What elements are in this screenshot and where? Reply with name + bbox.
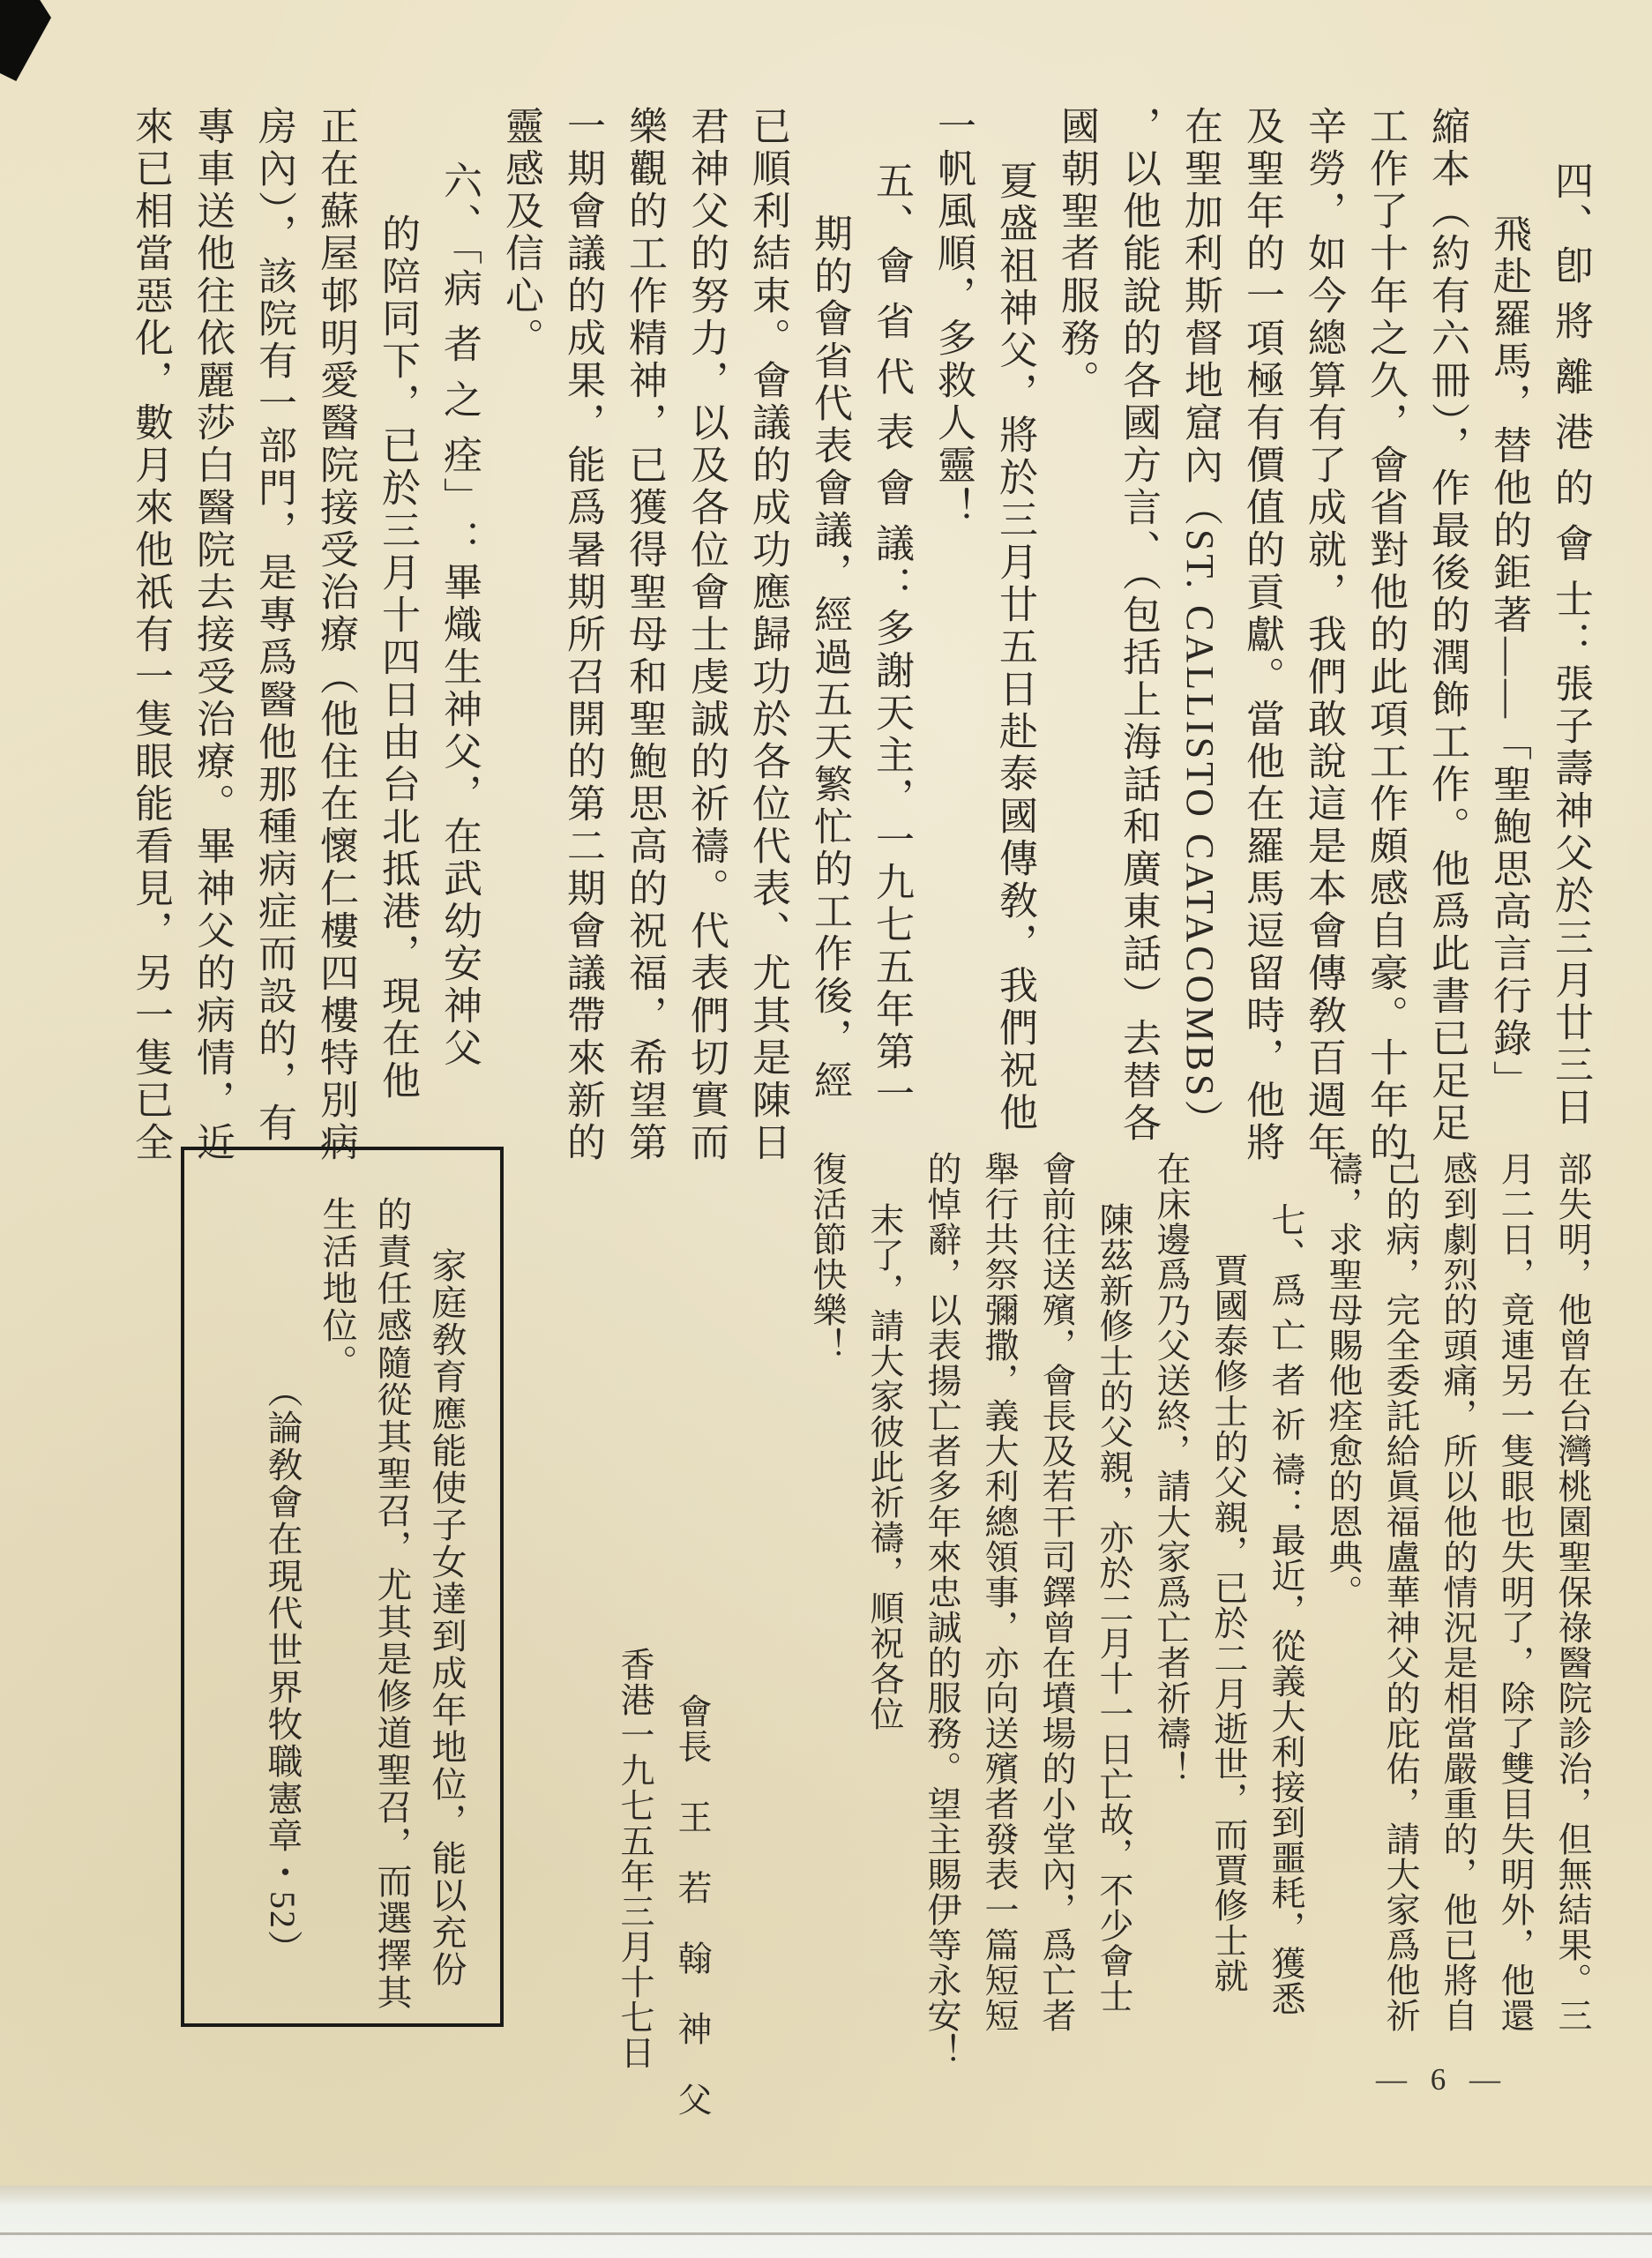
text-column: 已順利結束。會議的成功應歸功於各位代表、尤其是陳日 [736,106,798,1217]
text-column: 工作了十年之久，會省對他的此項工作頗感自豪。十年的 [1354,106,1416,1217]
text-column: 七、爲 亡 者 祈 禱：最近，從義大利接到噩耗，獲悉 [1257,1151,1314,2104]
text-column: 部失明，他曾在台灣桃園聖保祿醫院診治，但無結果。三 [1544,1151,1601,2104]
text-column: 月二日，竟連另一隻眼也失明了，除了雙目失明外，他還 [1486,1151,1544,2104]
text-column: 禱，求聖母賜他痊愈的恩典。 [1314,1151,1372,2104]
quote-column: （論敎會在現代世界牧職憲章・52） [255,1196,310,2016]
text-column: 己的病，完全委託給眞福盧華神父的庇佑，請大家爲他祈 [1372,1151,1429,2104]
quote-box-text: 家庭敎育應能使子女達到成年地位，能以充份的責任感隨從其聖召，尤其是修道聖召，而選… [255,1196,474,2016]
text-column: 末了，請大家彼此祈禱，順祝各位 [856,1151,913,2104]
text-column: 縮本（約有六冊），作最後的潤飾工作。他爲此書已足足 [1416,106,1477,1217]
text-column: 專車送他往依麗莎白醫院去接受治療。畢神父的病情，近 [181,106,243,1217]
text-column: 感到劇烈的頭痛，所以他的情況是相當嚴重的，他已將自 [1429,1151,1486,2104]
scanned-page: 四、卽 將 離 港 的 會 士：張子壽神父於三月廿三日飛赴羅馬，替他的鉅著——「… [0,0,1652,2258]
quote-box: 家庭敎育應能使子女達到成年地位，能以充份的責任感隨從其聖召，尤其是修道聖召，而選… [181,1147,504,2027]
text-column: 辛勞，如今總算有了成就，我們敢說這是本會傳敎百週年 [1292,106,1354,1217]
text-column: 賈國泰修士的父親，已於二月逝世，而賈修士就 [1200,1151,1257,2104]
text-column: 的陪同下，已於三月十四日由台北抵港，現在他 [366,106,428,1217]
text-column: 飛赴羅馬，替他的鉅著——「聖鮑思高言行錄」 [1477,106,1539,1217]
text-column: 香港一九七五年三月十七日 [606,1151,663,2104]
text-column: 一帆風順，多救人靈！ [922,106,983,1217]
quote-column: 家庭敎育應能使子女達到成年地位，能以充份 [419,1196,474,2016]
text-column: 房內），該院有一部門，是專爲醫他那種病症而設的，有 [243,106,304,1217]
text-column: 復活節快樂！ [798,1151,856,2104]
text-column: 舉行共祭彌撒，義大利總領事，亦向送殯者發表一篇短短 [970,1151,1028,2104]
text-column: 六、「病 者 之 痊」：畢熾生神父，在武幼安神父 [428,106,490,1217]
top-text-block: 四、卽 將 離 港 的 會 士：張子壽神父於三月廿三日飛赴羅馬，替他的鉅著——「… [119,106,1601,1217]
page-number: — 6 — [1376,2062,1526,2097]
text-column: 陳茲新修士的父親，亦於二月十一日亡故，不少會士 [1085,1151,1142,2104]
scan-corner-artifact [0,0,51,81]
text-column: 會前往送殯，會長及若干司鐸曾在墳場的小堂內，爲亡者 [1028,1151,1085,2104]
text-column: 靈感及信心。 [490,106,551,1217]
text-column: 會長 王 若 翰 神 父 [663,1151,721,2104]
text-column: 的悼辭，以表揚亡者多年來忠誠的服務。望主賜伊等永安！ [913,1151,970,2104]
text-column: 君神父的努力，以及各位會士虔誠的祈禱。代表們切實而 [675,106,736,1217]
text-column: 正在蘇屋邨明愛醫院接受治療（他住在懷仁樓四樓特別病 [304,106,366,1217]
text-column: 來已相當惡化，數月來他祇有一隻眼能看見，另一隻已全 [119,106,181,1217]
text-column: 一期會議的成果，能爲暑期所召開的第二期會議帶來新的 [551,106,613,1217]
quote-column: 的責任感隨從其聖召，尤其是修道聖召，而選擇其 [364,1196,419,2016]
text-column: 夏盛祖神父，將於三月廿五日赴泰國傳敎，我們祝他 [983,106,1045,1217]
text-column: 及聖年的一項極有價值的貢獻。當他在羅馬逗留時，他將 [1230,106,1292,1217]
text-column: 期的會省代表會議，經過五天繁忙的工作後，經 [798,106,860,1217]
text-column: ，以他能說的各國方言、（包括上海話和廣東話）去替各 [1107,106,1169,1217]
scan-bottom-edge [0,2186,1652,2258]
text-column: 在聖加利斯督地窟內（ST. CALLISTO CATACOMBS） [1169,106,1230,1217]
bottom-text-block: 部失明，他曾在台灣桃園聖保祿醫院診治，但無結果。三月二日，竟連另一隻眼也失明了，… [606,1151,1601,2104]
text-column: 四、卽 將 離 港 的 會 士：張子壽神父於三月廿三日 [1539,106,1601,1217]
text-column: 樂觀的工作精神，已獲得聖母和聖鮑思高的祝福，希望第 [613,106,675,1217]
scan-bottom-line [0,2232,1652,2235]
text-column: 在床邊爲乃父送終，請大家爲亡者祈禱！ [1142,1151,1200,2104]
text-column: 國朝聖者服務。 [1045,106,1107,1217]
text-column: 五、會 省 代 表 會 議：多謝天主，一九七五年第一 [860,106,922,1217]
quote-column: 生活地位。 [310,1196,364,2016]
